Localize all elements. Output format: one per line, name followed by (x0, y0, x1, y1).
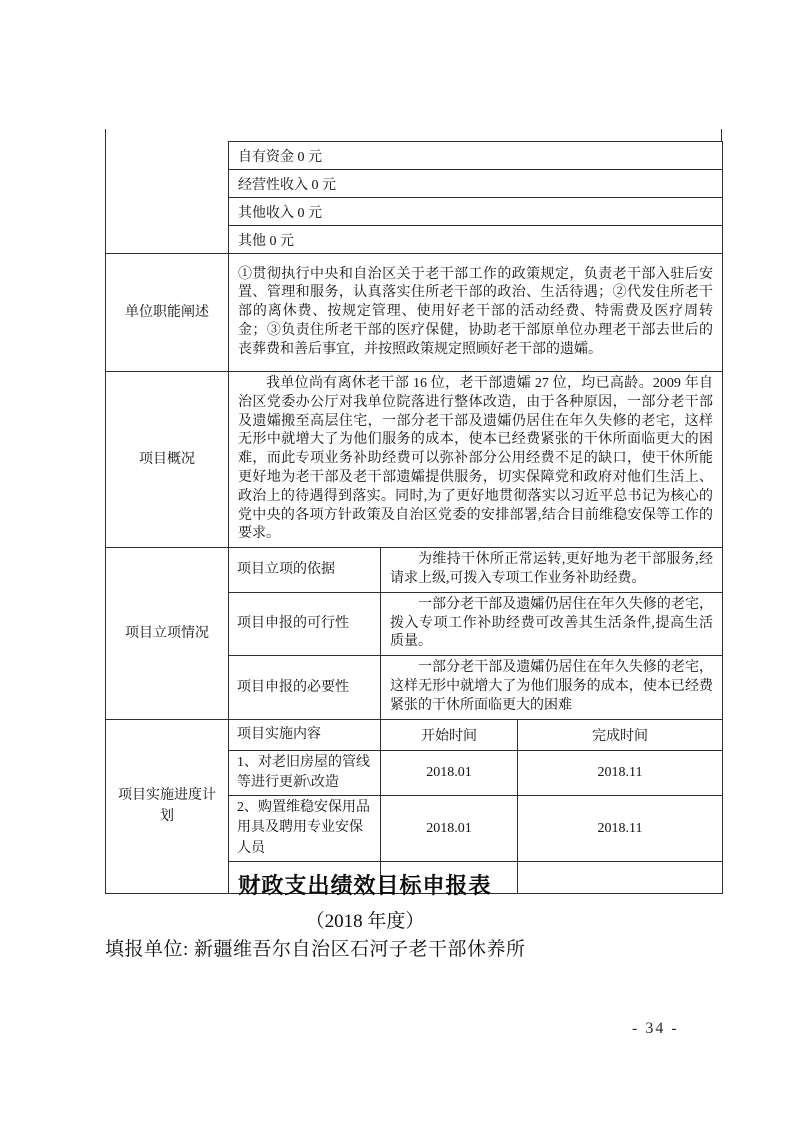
performance-target-table: 自有资金 0 元 经营性收入 0 元 其他收入 0 元 其他 0 元 单位职能阐… (105, 141, 723, 894)
approval-basis-text: 为维持干休所正常运转,更好地为老干部服务,经请求上级,可拨入专项工作业务补助经费… (381, 548, 723, 593)
header-start-time: 开始时间 (381, 719, 518, 750)
approval-necessity-label: 项目申报的必要性 (229, 656, 381, 719)
implementation-item-2-start: 2018.01 (381, 796, 518, 862)
funding-row-other: 其他 0 元 (229, 226, 723, 254)
row-label-continued-empty (106, 142, 229, 254)
implementation-item-2: 2、购置维稳安保用品用具及聘用专业安保人员 (229, 796, 381, 862)
funding-row-operating-income: 经营性收入 0 元 (229, 170, 723, 198)
approval-necessity-text: 一部分老干部及遗孀仍居住在年久失修的老宅，这样无形中就增大了为他们服务的成本，使… (381, 656, 723, 719)
implementation-item-1: 1、对老旧房屋的管线等进行更新\改造 (229, 750, 381, 796)
table-row: 项目实施进度计划 项目实施内容 开始时间 完成时间 (106, 719, 723, 750)
next-form-year: （2018 年度） (100, 906, 630, 933)
implementation-item-1-finish: 2018.11 (518, 750, 723, 796)
approval-basis-label: 项目立项的依据 (229, 548, 381, 593)
implementation-item-2-finish: 2018.11 (518, 796, 723, 862)
table-row: 项目概况 我单位尚有离休老干部 16 位，老干部遗孀 27 位，均已高龄。200… (106, 372, 723, 548)
approval-feasibility-label: 项目申报的可行性 (229, 592, 381, 655)
page-number: - 34 - (632, 1020, 679, 1038)
header-finish-time: 完成时间 (518, 719, 723, 750)
row-label-project-overview: 项目概况 (106, 372, 229, 548)
row-label-project-approval: 项目立项情况 (106, 548, 229, 719)
table-row: 项目立项情况 项目立项的依据 为维持干休所正常运转,更好地为老干部服务,经请求上… (106, 548, 723, 593)
next-form-title: 财政支出绩效目标申报表 (100, 869, 630, 900)
table-row: 单位职能阐述 ①贯彻执行中央和自治区关于老干部工作的政策规定，负责老干部入驻后安… (106, 254, 723, 372)
document-page: 自有资金 0 元 经营性收入 0 元 其他收入 0 元 其他 0 元 单位职能阐… (0, 0, 793, 1122)
next-form-reporting-unit: 填报单位: 新疆维吾尔自治区石河子老干部休养所 (105, 934, 526, 961)
funding-row-other-income: 其他收入 0 元 (229, 198, 723, 226)
row-label-implementation-plan: 项目实施进度计划 (106, 719, 229, 893)
implementation-item-1-start: 2018.01 (381, 750, 518, 796)
project-overview-text: 我单位尚有离休老干部 16 位，老干部遗孀 27 位，均已高龄。2009 年自治… (229, 372, 723, 548)
header-implementation-content: 项目实施内容 (229, 719, 381, 750)
unit-function-text: ①贯彻执行中央和自治区关于老干部工作的政策规定，负责老干部入驻后安置、管理和服务… (229, 254, 723, 372)
table-row: 自有资金 0 元 (106, 142, 723, 170)
row-label-unit-function: 单位职能阐述 (106, 254, 229, 372)
funding-row-own-funds: 自有资金 0 元 (229, 142, 723, 170)
approval-feasibility-text: 一部分老干部及遗孀仍居住在年久失修的老宅，拨入专项工作补助经费可改善其生活条件,… (381, 592, 723, 655)
